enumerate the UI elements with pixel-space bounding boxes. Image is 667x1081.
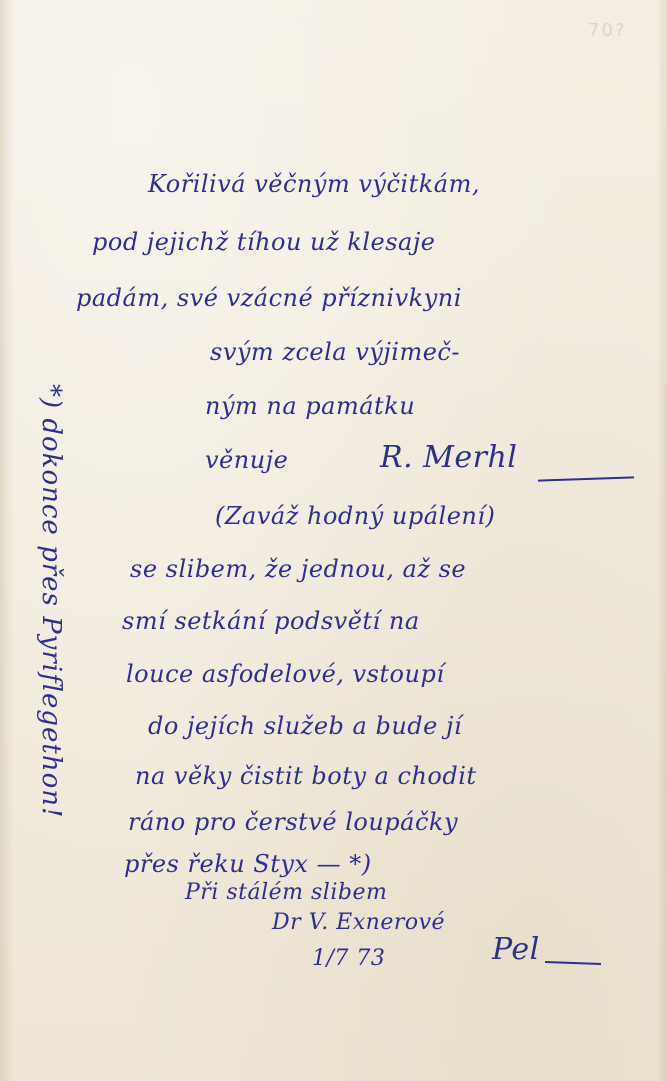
dedication-line-15: Při stálém slibem [185, 880, 387, 905]
margin-footnote-text: *) dokonce přes Pyriflegethon! [36, 384, 66, 818]
recipient-name: Dr V. Exnerové [272, 910, 445, 935]
dedication-line-9: smí setkání podsvětí na [122, 607, 420, 635]
dedication-line-11: do jejích služeb a bude jí [148, 712, 462, 740]
dedication-line-7: (Zaváž hodný upálení) [215, 502, 495, 530]
author-signature: R. Merhl [380, 440, 517, 475]
closing-signature: Pel [492, 932, 540, 967]
dedication-line-8: se slibem, že jednou, až se [130, 555, 466, 583]
dedication-line-10: louce asfodelové, vstoupí [126, 660, 445, 688]
dedication-line-6: věnuje [205, 446, 288, 474]
dedication-line-2: pod jejichž tíhou už klesaje [92, 228, 435, 256]
dedication-line-13: ráno pro čerstvé loupáčky [128, 808, 458, 836]
dedication-line-1: Kořilivá věčným výčitkám, [148, 170, 480, 198]
handwritten-page: 70? Kořilivá věčným výčitkám, pod jejich… [0, 0, 667, 1081]
dedication-line-4: svým zcela výjimeč- [210, 338, 460, 366]
signature-flourish [538, 476, 634, 481]
closing-flourish [545, 961, 601, 965]
dedication-date: 1/7 73 [312, 946, 385, 971]
dedication-line-3: padám, své vzácné příznivkyni [76, 284, 462, 312]
margin-footnote: *) dokonce přes Pyriflegethon! [36, 384, 72, 884]
dedication-line-5: ným na památku [205, 392, 415, 420]
dedication-line-14: přes řeku Styx — *) [124, 850, 372, 878]
dedication-line-12: na věky čistit boty a chodit [135, 762, 477, 790]
corner-pencil-mark: 70? [588, 20, 626, 41]
